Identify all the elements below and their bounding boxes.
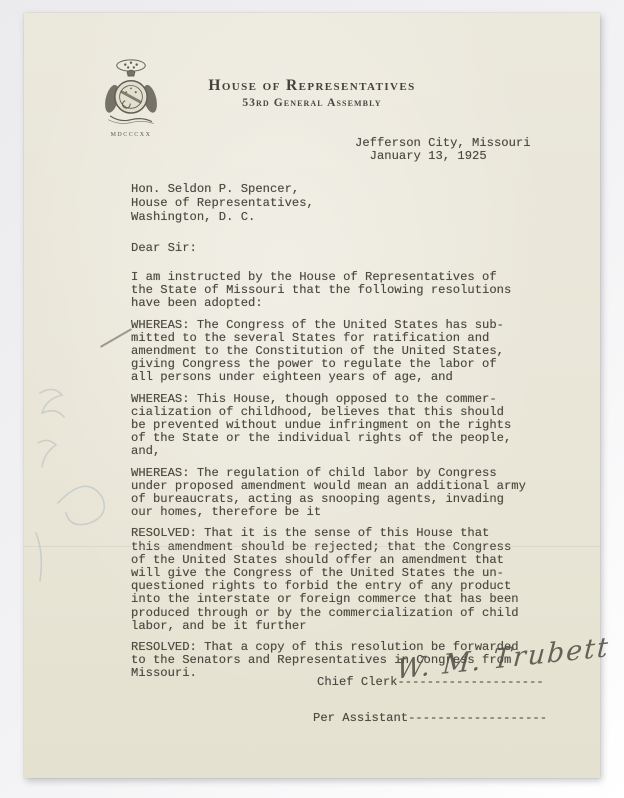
per-assistant-signature-line: Per Assistant------------------- — [313, 712, 547, 725]
paragraph-resolved-1: RESOLVED: That it is the sense of this H… — [131, 527, 581, 633]
recipient-address: Hon. Seldon P. Spencer, House of Represe… — [131, 182, 314, 224]
salutation: Dear Sir: — [131, 242, 197, 255]
margin-pencil-scribbles — [28, 383, 108, 613]
seal-caption: MDCCCXX — [94, 132, 168, 138]
paragraph-whereas-3: WHEREAS: The regulation of child labor b… — [131, 467, 581, 520]
missouri-state-seal-icon — [102, 57, 160, 133]
letter-body: I am instructed by the House of Represen… — [131, 271, 581, 689]
paragraph-whereas-1: WHEREAS: The Congress of the United Stat… — [131, 319, 581, 385]
dateline: Jefferson City, Missouri January 13, 192… — [355, 137, 531, 163]
pencil-check-mark — [100, 328, 132, 348]
paragraph-intro: I am instructed by the House of Represen… — [131, 271, 581, 311]
letterhead-assembly: 53rd General Assembly — [24, 97, 600, 109]
letterhead-organization: House of Representatives — [24, 77, 600, 95]
letter-page: MDCCCXX House of Representatives 53rd Ge… — [24, 13, 600, 778]
paragraph-whereas-2: WHEREAS: This House, though opposed to t… — [131, 393, 581, 459]
scan-background: MDCCCXX House of Representatives 53rd Ge… — [0, 0, 624, 798]
